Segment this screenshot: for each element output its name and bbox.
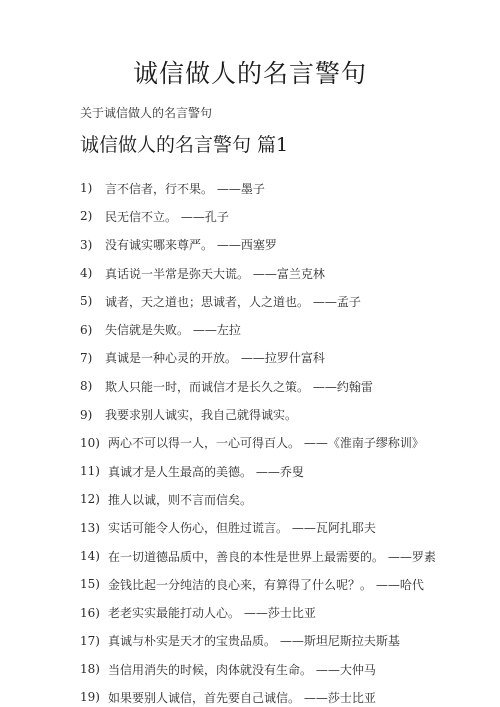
quote-item: 2)民无信不立。 ——孔子	[80, 202, 480, 230]
quote-text: 诚者，天之道也；思诚者，人之道也。 ——孟子	[105, 293, 361, 310]
quote-item: 3)没有诚实哪来尊严。 ——西塞罗	[80, 231, 480, 259]
quote-text: 如果要别人诚信，首先要自己诚信。 ——莎士比亚	[108, 689, 376, 706]
quote-number: 12)	[80, 492, 108, 506]
quote-number: 5)	[80, 294, 105, 308]
quote-number: 14)	[80, 549, 108, 563]
quote-item: 11)真诚才是人生最高的美德。 ——乔叟	[80, 457, 480, 485]
quote-text: 真诚与朴实是天才的宝贵品质。 ——斯坦尼斯拉夫斯基	[108, 632, 400, 649]
quote-text: 金钱比起一分纯洁的良心来，有算得了什么呢？。 ——哈代	[108, 576, 424, 593]
quote-item: 16)老老实实最能打动人心。 ——莎士比亚	[80, 598, 480, 626]
quote-item: 6)失信就是失败。 ——左拉	[80, 315, 480, 343]
quote-text: 当信用消失的时候，肉体就没有生命。 ——大仲马	[108, 661, 376, 678]
quote-text: 言不信者，行不果。 ——墨子	[105, 180, 265, 197]
document-subtitle: 关于诚信做人的名言警句	[80, 104, 212, 121]
quote-item: 5)诚者，天之道也；思诚者，人之道也。 ——孟子	[80, 287, 480, 315]
quote-item: 9)我要求别人诚实，我自己就得诚实。	[80, 400, 480, 428]
quote-list: 1)言不信者，行不果。 ——墨子 2)民无信不立。 ——孔子 3)没有诚实哪来尊…	[80, 174, 480, 707]
quote-number: 10)	[80, 436, 108, 450]
quote-text: 真诚才是人生最高的美德。 ——乔叟	[108, 463, 304, 480]
quote-text: 我要求别人诚实，我自己就得诚实。	[105, 406, 297, 423]
quote-number: 19)	[80, 690, 108, 704]
quote-item: 18)当信用消失的时候，肉体就没有生命。 ——大仲马	[80, 655, 480, 683]
quote-number: 15)	[80, 577, 108, 591]
quote-text: 推人以诚，则不言而信矣。	[108, 491, 252, 508]
quote-number: 16)	[80, 606, 108, 620]
quote-item: 8)欺人只能一时，而诚信才是长久之策。 ——约翰雷	[80, 372, 480, 400]
quote-number: 4)	[80, 266, 105, 280]
quote-text: 老老实实最能打动人心。 ——莎士比亚	[108, 604, 316, 621]
quote-item: 13)实话可能令人伤心，但胜过谎言。 ——瓦阿扎耶夫	[80, 514, 480, 542]
quote-text: 真诚是一种心灵的开放。 ——拉罗什富科	[105, 349, 325, 366]
section-heading: 诚信做人的名言警句 篇1	[80, 130, 288, 157]
quote-number: 8)	[80, 379, 105, 393]
quote-number: 18)	[80, 662, 108, 676]
quote-item: 7)真诚是一种心灵的开放。 ——拉罗什富科	[80, 344, 480, 372]
quote-text: 失信就是失败。 ——左拉	[105, 321, 241, 338]
quote-text: 在一切道德品质中，善良的本性是世界上最需要的。 ——罗素	[108, 548, 436, 565]
quote-text: 没有诚实哪来尊严。 ——西塞罗	[105, 236, 277, 253]
quote-number: 9)	[80, 408, 105, 422]
quote-item: 1)言不信者，行不果。 ——墨子	[80, 174, 480, 202]
quote-text: 实话可能令人伤心，但胜过谎言。 ——瓦阿扎耶夫	[108, 519, 376, 536]
quote-text: 民无信不立。 ——孔子	[105, 208, 229, 225]
quote-number: 17)	[80, 634, 108, 648]
quote-number: 3)	[80, 238, 105, 252]
quote-item: 19)如果要别人诚信，首先要自己诚信。 ——莎士比亚	[80, 683, 480, 707]
quote-item: 15)金钱比起一分纯洁的良心来，有算得了什么呢？。 ——哈代	[80, 570, 480, 598]
quote-item: 14)在一切道德品质中，善良的本性是世界上最需要的。 ——罗素	[80, 542, 480, 570]
quote-number: 1)	[80, 181, 105, 195]
quote-number: 7)	[80, 351, 105, 365]
quote-item: 12)推人以诚，则不言而信矣。	[80, 485, 480, 513]
quote-text: 真话说一半常是弥天大谎。 ——富兰克林	[105, 265, 325, 282]
quote-number: 11)	[80, 464, 108, 478]
quote-number: 6)	[80, 323, 105, 337]
quote-item: 10)两心不可以得一人，一心可得百人。 ——《淮南子缪称训》	[80, 429, 480, 457]
document-title: 诚信做人的名言警句	[0, 54, 500, 90]
quote-number: 2)	[80, 209, 105, 223]
quote-text: 两心不可以得一人，一心可得百人。 ——《淮南子缪称训》	[108, 434, 424, 451]
quote-text: 欺人只能一时，而诚信才是长久之策。 ——约翰雷	[105, 378, 373, 395]
quote-item: 17)真诚与朴实是天才的宝贵品质。 ——斯坦尼斯拉夫斯基	[80, 627, 480, 655]
quote-item: 4)真话说一半常是弥天大谎。 ——富兰克林	[80, 259, 480, 287]
quote-number: 13)	[80, 521, 108, 535]
